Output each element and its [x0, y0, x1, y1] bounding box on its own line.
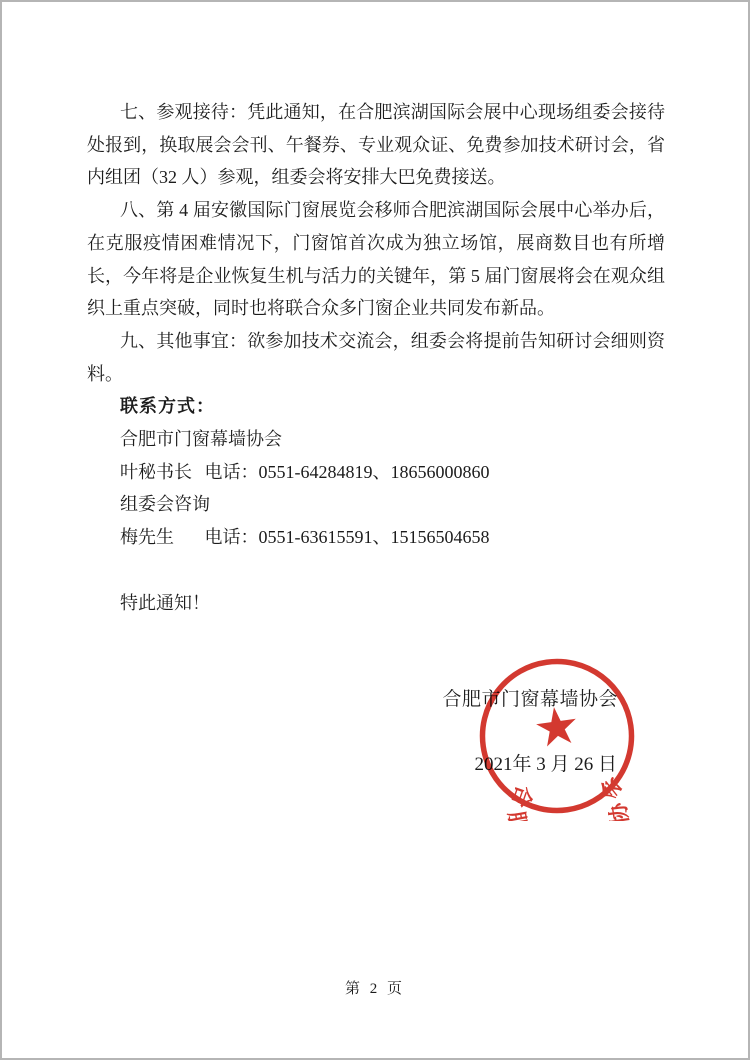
- contact-row-secretary: 叶秘书长 电话：0551-64284819、18656000860: [120, 456, 665, 489]
- contact-phone-numbers: 电话：0551-64284819、18656000860: [205, 462, 490, 482]
- contact-row-mr-mei: 梅先生 电话：0551-63615591、15156504658: [120, 521, 665, 554]
- stamp-ring: [473, 652, 641, 820]
- signature-organization: 合肥市门窗幕墙协会: [442, 684, 618, 711]
- paragraph-item-9: 九、其他事宜：欲参加技术交流会，组委会将提前告知研讨会细则资料。: [87, 325, 665, 390]
- contact-org-name: 合肥市门窗幕墙协会: [120, 423, 665, 456]
- page-number: 第 2 页: [0, 977, 750, 998]
- notice-document-page: 七、参观接待：凭此通知，在合肥滨湖国际会展中心现场组委会接待处报到，换取展会会刊…: [0, 0, 750, 1060]
- signature-date: 2021年 3 月 26 日: [474, 749, 617, 776]
- document-body: 七、参观接待：凭此通知，在合肥滨湖国际会展中心现场组委会接待处报到，换取展会会刊…: [87, 96, 665, 619]
- contact-row-committee: 组委会咨询: [120, 488, 665, 521]
- contact-person-name: 组委会咨询: [120, 488, 210, 521]
- contact-phone-numbers: 电话：0551-63615591、15156504658: [205, 527, 490, 547]
- contact-person-name: 梅先生: [120, 521, 200, 554]
- paragraph-item-7: 七、参观接待：凭此通知，在合肥滨湖国际会展中心现场组委会接待处报到，换取展会会刊…: [87, 96, 665, 194]
- closing-statement: 特此通知！: [120, 587, 665, 620]
- paragraph-item-8: 八、第 4 届安徽国际门窗展览会移师合肥滨湖国际会展中心举办后，在克服疫情困难情…: [87, 194, 665, 325]
- official-seal-stamp: 合肥市门窗幕墙协会: [472, 651, 642, 821]
- contact-heading: 联系方式：: [120, 390, 665, 423]
- contact-person-name: 叶秘书长: [120, 456, 200, 489]
